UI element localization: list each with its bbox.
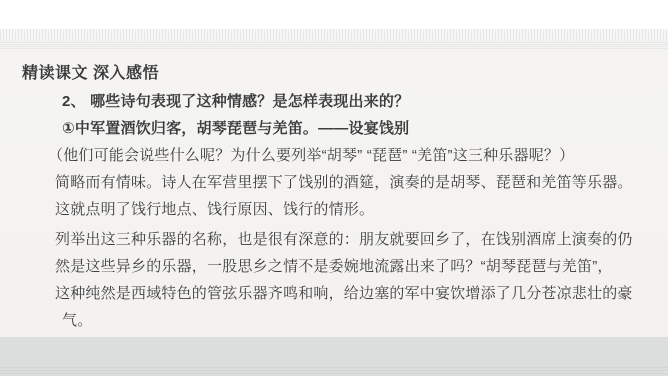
analysis-line-3: 这就点明了饯行地点、饯行原因、饯行的情形。 <box>40 196 654 223</box>
analysis-line-7: 气。 <box>40 307 654 334</box>
top-white-strip <box>0 0 668 29</box>
slide-title: 精读课文 深入感悟 <box>22 62 159 86</box>
top-decorative-bar <box>0 29 668 49</box>
analysis-line-5: 然是这些异乡的乐器，一股思乡之情不是委婉地流露出来了吗？“胡琴琵琶与羌笛”， <box>40 253 654 280</box>
bottom-bar-rule-lines <box>0 367 668 376</box>
question-line: 2、 哪些诗句表现了这种情感？是怎样表现出来的？ <box>40 88 654 115</box>
analysis-line-6: 这种纯然是西域特色的管弦乐器齐鸣和响，给边塞的军中宴饮增添了几分苍凉悲壮的豪 <box>40 280 654 307</box>
poem-line: ①中军置酒饮归客，胡琴琵琶与羌笛。——设宴饯别 <box>40 115 654 142</box>
top-bar-stripe-texture <box>0 29 668 41</box>
analysis-line-1: （他们可能会说些什么呢？为什么要列举“胡琴” “琵琶” “羌笛”这三种乐器呢？） <box>40 142 654 169</box>
analysis-line-4: 列举出这三种乐器的名称，也是很有深意的：朋友就要回乡了，在饯别酒席上演奏的仍 <box>40 226 654 253</box>
analysis-line-2: 简略而有情味。诗人在军营里摆下了饯别的酒筵，演奏的是胡琴、琵琶和羌笛等乐器。 <box>40 169 654 196</box>
bottom-footer-bar <box>0 337 668 376</box>
slide-text-block: 2、 哪些诗句表现了这种情感？是怎样表现出来的？ ①中军置酒饮归客，胡琴琵琶与羌… <box>40 88 654 334</box>
presentation-slide: 精读课文 深入感悟 2、 哪些诗句表现了这种情感？是怎样表现出来的？ ①中军置酒… <box>0 0 668 376</box>
top-bar-rule-lines <box>0 41 668 49</box>
